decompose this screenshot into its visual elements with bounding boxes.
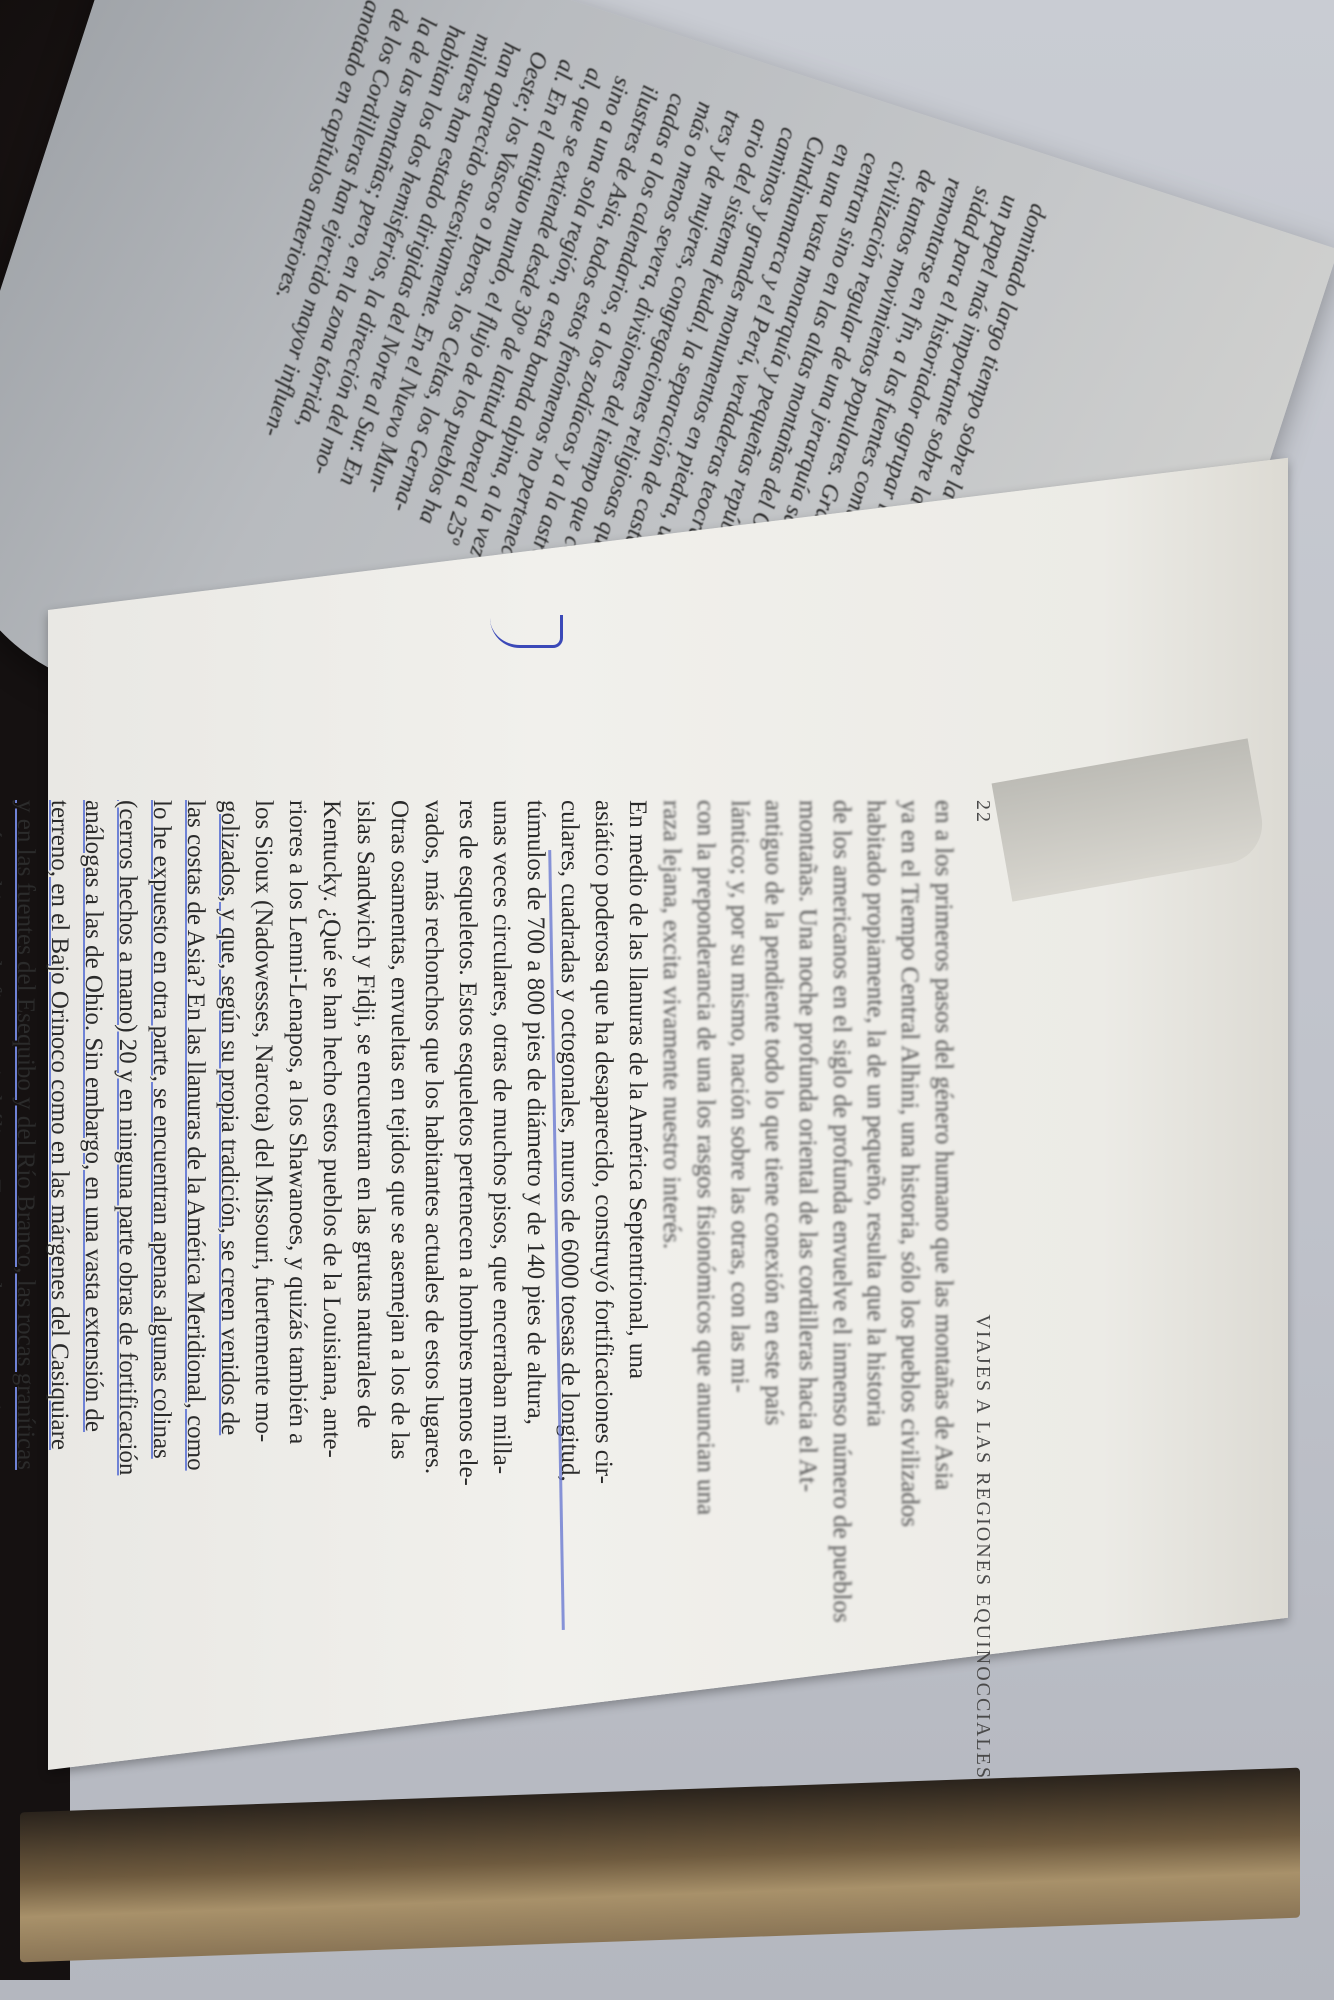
text-line: antiguo de la pendiente todo lo que tien… [756, 800, 790, 1780]
text-line: vados, más rechonchos que los habitantes… [416, 800, 450, 1780]
text-line: terreno, en el Bajo Orinoco como en las … [42, 800, 76, 1780]
page-number: 22 [966, 800, 1000, 824]
text-line: golizados, y que, según su propia tradic… [212, 800, 246, 1780]
text-line: en a los primeros pasos del género human… [926, 800, 960, 1780]
text-line: montañas. Una noche profunda oriental de… [790, 800, 824, 1780]
text-line: túmulos de 700 a 800 pies de diámetro y … [518, 800, 552, 1780]
text-line: lántico; y, por su mismo, nación sobre l… [722, 800, 756, 1780]
text-line: habitado propiamente, la de un pequeño, … [858, 800, 892, 1780]
text-line: Kentucky. ¿Qué se han hecho estos pueblo… [314, 800, 348, 1780]
page-block-edge [20, 1768, 1300, 1963]
text-line: los Sioux (Nadowesses, Narcota) del Miss… [246, 800, 280, 1780]
text-line: unas veces circulares, otras de muchos p… [484, 800, 518, 1780]
text-line: asiático poderosa que ha desaparecido, c… [586, 800, 620, 1780]
text-line: En medio de las llanuras de la América S… [620, 800, 654, 1780]
text-line: Otras osamentas, envueltas en tejidos qu… [382, 800, 416, 1780]
text-line: las costas de Asia? En las llanuras de l… [178, 800, 212, 1780]
text-line: riores a los Lenni-Lenapos, a los Shawan… [280, 800, 314, 1780]
text-line: islas Sandwich y Fidji, se encuentran en… [348, 800, 382, 1780]
text-line: de los americanos en el siglo de profund… [824, 800, 858, 1780]
text-line: (cerros hechos a mano) 20 y en ninguna p… [110, 800, 144, 1780]
text-line: res de esqueletos. Estos esqueletos pert… [450, 800, 484, 1780]
running-head-title: VIAJES A LAS REGIONES EQUINOCCIALES [966, 1314, 1000, 1780]
lower-page-text: 22 VIAJES A LAS REGIONES EQUINOCCIALES e… [0, 800, 1000, 1780]
text-line: y en las fuentes del Esequibo y del Río … [8, 800, 42, 1780]
text-line: análogas a las de Ohio. Sin embargo, en … [76, 800, 110, 1780]
text-line: ya en el Tiempo Central Alhini, una hist… [892, 800, 926, 1780]
running-head: 22 VIAJES A LAS REGIONES EQUINOCCIALES [966, 800, 1000, 1780]
text-line: raza lejana, excita vivamente nuestro in… [654, 800, 688, 1780]
text-line: con la preponderancia de una los rasgos … [688, 800, 722, 1780]
text-line: lo he expuesto en otra parte, se encuent… [144, 800, 178, 1780]
text-line: están cubiertas de figuras simbólicas. E… [0, 800, 8, 1780]
